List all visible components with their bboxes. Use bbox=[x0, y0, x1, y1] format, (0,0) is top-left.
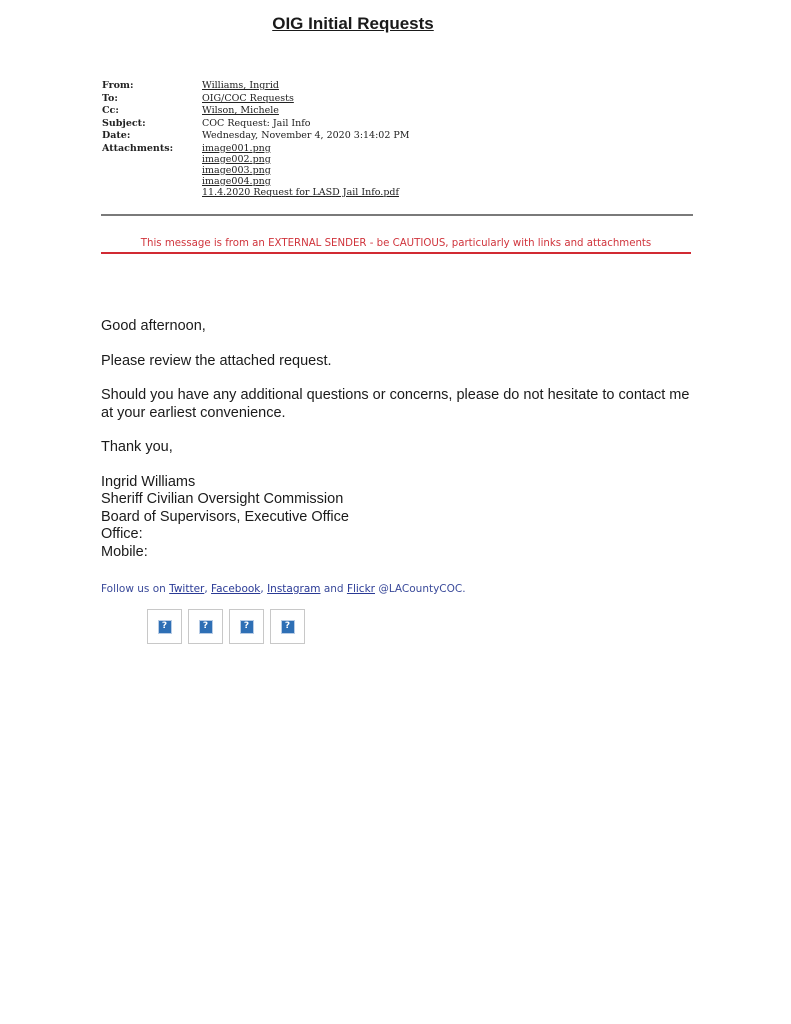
attachment-link[interactable]: 11.4.2020 Request for LASD Jail Info.pdf bbox=[202, 187, 399, 198]
email-header: From: Williams, Ingrid To: OIG/COC Reque… bbox=[102, 80, 410, 198]
follow-prefix: Follow us on bbox=[101, 583, 169, 595]
warning-divider bbox=[101, 252, 691, 254]
subject-value: COC Request: Jail Info bbox=[202, 118, 311, 131]
attachment-link[interactable]: image003.png bbox=[202, 165, 399, 176]
document-title: OIG Initial Requests bbox=[0, 14, 706, 34]
broken-image-icon: ? bbox=[158, 620, 172, 634]
flickr-link[interactable]: Flickr bbox=[347, 583, 375, 595]
broken-image-icon: ? bbox=[199, 620, 213, 634]
signature: Ingrid Williams Sheriff Civilian Oversig… bbox=[101, 474, 701, 562]
subject-row: Subject: COC Request: Jail Info bbox=[102, 118, 410, 131]
attachments-list: image001.png image002.png image003.png i… bbox=[202, 143, 399, 198]
instagram-link[interactable]: Instagram bbox=[267, 583, 320, 595]
twitter-link[interactable]: Twitter bbox=[169, 583, 204, 595]
attachments-row: Attachments: image001.png image002.png i… bbox=[102, 143, 410, 198]
broken-image-icon: ? bbox=[281, 620, 295, 634]
social-icons: ? ? ? ? bbox=[147, 609, 305, 644]
cc-value[interactable]: Wilson, Michele bbox=[202, 105, 279, 118]
greeting: Good afternoon, bbox=[101, 318, 701, 336]
subject-label: Subject: bbox=[102, 118, 202, 131]
header-divider bbox=[101, 214, 693, 216]
cc-label: Cc: bbox=[102, 105, 202, 118]
email-body: Good afternoon, Please review the attach… bbox=[101, 318, 701, 561]
signature-dept: Board of Supervisors, Executive Office bbox=[101, 509, 701, 527]
body-paragraph: Should you have any additional questions… bbox=[101, 387, 701, 422]
from-value[interactable]: Williams, Ingrid bbox=[202, 80, 279, 93]
to-row: To: OIG/COC Requests bbox=[102, 93, 410, 106]
attachment-link[interactable]: image004.png bbox=[202, 176, 399, 187]
signature-org: Sheriff Civilian Oversight Commission bbox=[101, 491, 701, 509]
cc-row: Cc: Wilson, Michele bbox=[102, 105, 410, 118]
signature-mobile: Mobile: bbox=[101, 544, 701, 562]
broken-image-icon: ? bbox=[240, 620, 254, 634]
twitter-image-button[interactable]: ? bbox=[147, 609, 182, 644]
instagram-image-button[interactable]: ? bbox=[229, 609, 264, 644]
flickr-image-button[interactable]: ? bbox=[270, 609, 305, 644]
body-paragraph: Please review the attached request. bbox=[101, 353, 701, 371]
to-label: To: bbox=[102, 93, 202, 106]
from-row: From: Williams, Ingrid bbox=[102, 80, 410, 93]
external-sender-warning: This message is from an EXTERNAL SENDER … bbox=[101, 238, 691, 249]
social-handle: @LACountyCOC. bbox=[375, 583, 466, 595]
to-value[interactable]: OIG/COC Requests bbox=[202, 93, 294, 106]
date-label: Date: bbox=[102, 130, 202, 143]
signature-name: Ingrid Williams bbox=[101, 474, 701, 492]
date-value: Wednesday, November 4, 2020 3:14:02 PM bbox=[202, 130, 410, 143]
attachments-label: Attachments: bbox=[102, 143, 202, 198]
signature-office: Office: bbox=[101, 526, 701, 544]
separator: and bbox=[321, 583, 347, 595]
attachment-link[interactable]: image002.png bbox=[202, 154, 399, 165]
closing: Thank you, bbox=[101, 439, 701, 457]
facebook-link[interactable]: Facebook bbox=[211, 583, 260, 595]
attachment-link[interactable]: image001.png bbox=[202, 143, 399, 154]
facebook-image-button[interactable]: ? bbox=[188, 609, 223, 644]
from-label: From: bbox=[102, 80, 202, 93]
date-row: Date: Wednesday, November 4, 2020 3:14:0… bbox=[102, 130, 410, 143]
social-follow-line: Follow us on Twitter, Facebook, Instagra… bbox=[101, 583, 466, 595]
